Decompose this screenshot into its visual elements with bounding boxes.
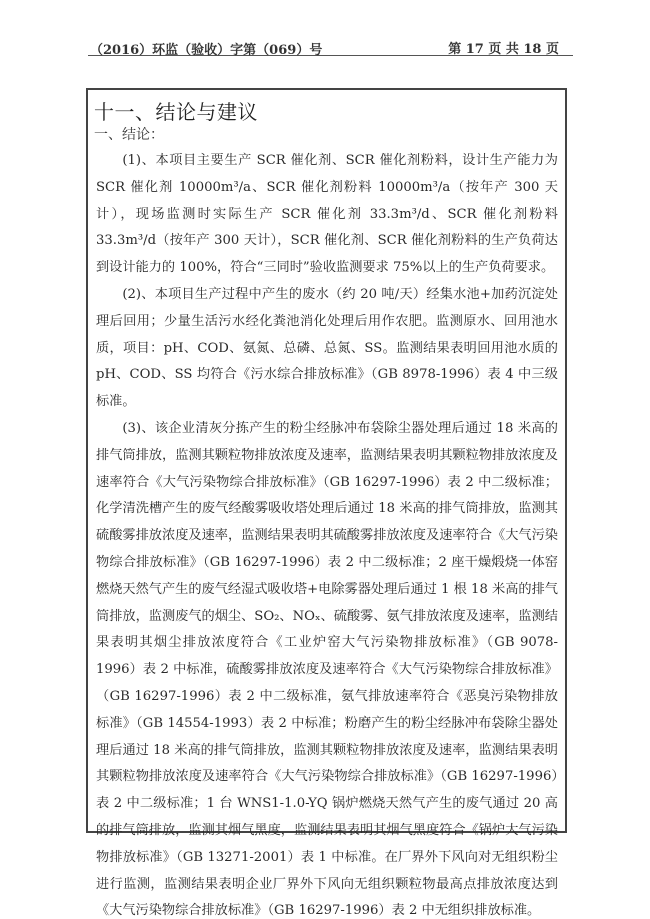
section-title: 十一、结论与建议 [94,96,258,125]
document-number: （2016）环监（验收）字第（069）号 [90,39,322,58]
conclusion-box: 十一、结论与建议 一、结论： (1)、本项目主要生产 SCR 催化剂、SCR 催… [86,88,567,833]
paragraph-1: (1)、本项目主要生产 SCR 催化剂、SCR 催化剂粉料，设计生产能力为 SC… [96,148,558,282]
paragraph-3: (3)、该企业清灰分拣产生的粉尘经脉冲布袋除尘器处理后通过 18 米高的排气筒排… [96,416,558,919]
paragraph-2: (2)、本项目生产过程中产生的废水（约 20 吨/天）经集水池+加药沉淀处理后回… [96,282,558,416]
page-indicator: 第 17 页 共 18 页 [448,38,559,57]
subsection-title: 一、结论： [94,124,164,144]
conclusion-body: (1)、本项目主要生产 SCR 催化剂、SCR 催化剂粉料，设计生产能力为 SC… [96,148,558,919]
page-header: （2016）环监（验收）字第（069）号 第 17 页 共 18 页 [88,37,573,56]
